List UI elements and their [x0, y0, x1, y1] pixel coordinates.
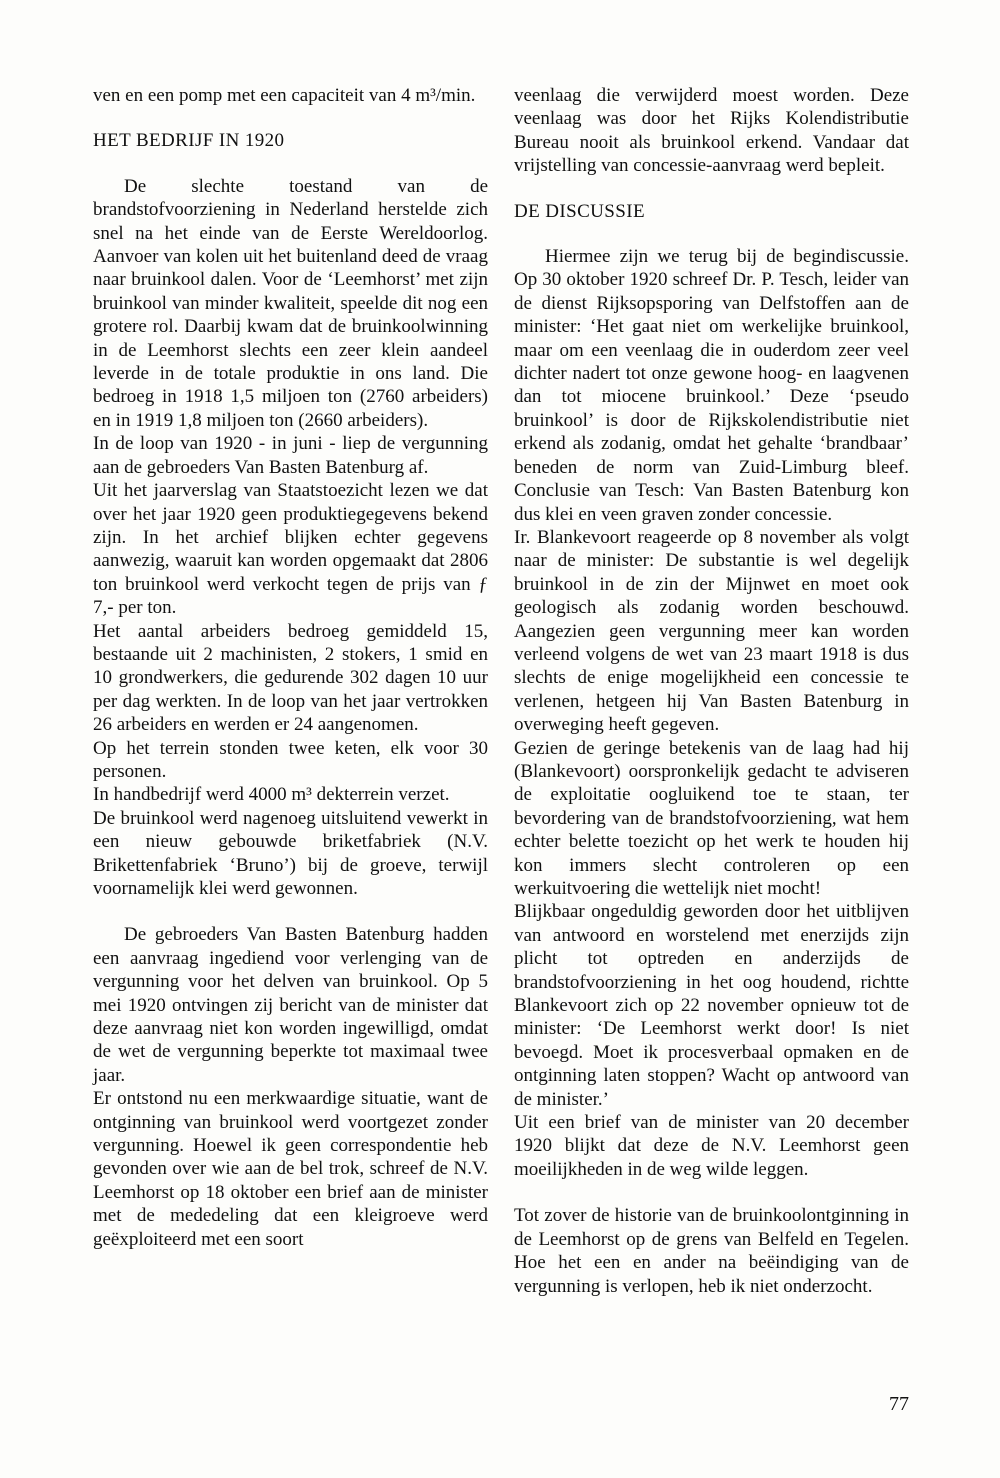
paragraph: In de loop van 1920 - in juni - liep de … [93, 432, 488, 479]
paragraph: Blijkbaar ongeduldig geworden door het u… [514, 900, 909, 1111]
section-heading-de-discussie: DE DISCUSSIE [514, 200, 909, 223]
right-column: veenlaag die verwijderd moest worden. De… [514, 84, 909, 1298]
continuation-paragraph: ven en een pomp met een capaciteit van 4… [93, 84, 488, 107]
paragraph: De bruinkool werd nagenoeg uitsluitend v… [93, 807, 488, 901]
paragraph: Hiermee zijn we terug bij de begindiscus… [514, 245, 909, 526]
paragraph: De gebroeders Van Basten Batenburg hadde… [93, 923, 488, 1087]
two-column-text-area: ven en een pomp met een capaciteit van 4… [93, 84, 909, 1298]
page-number: 77 [851, 1392, 909, 1416]
paragraph: Er ontstond nu een merkwaardige situatie… [93, 1087, 488, 1251]
section-heading-het-bedrijf-in-1920: HET BEDRIJF IN 1920 [93, 129, 488, 152]
paragraph: Uit een brief van de minister van 20 dec… [514, 1111, 909, 1181]
paragraph: In handbedrijf werd 4000 m³ dekterrein v… [93, 783, 488, 806]
paragraph: Op het terrein stonden twee keten, elk v… [93, 737, 488, 784]
paragraph: De slechte toestand van de brandstofvoor… [93, 175, 488, 432]
paragraph: Ir. Blankevoort reageerde op 8 november … [514, 526, 909, 737]
continuation-paragraph: veenlaag die verwijderd moest worden. De… [514, 84, 909, 178]
paragraph: Tot zover de historie van de bruinkoolon… [514, 1204, 909, 1298]
paragraph: Uit het jaarverslag van Staatstoezicht l… [93, 479, 488, 619]
paragraph: Het aantal arbeiders bedroeg gemiddeld 1… [93, 620, 488, 737]
paragraph: Gezien de geringe betekenis van de laag … [514, 737, 909, 901]
left-column: ven en een pomp met een capaciteit van 4… [93, 84, 488, 1298]
